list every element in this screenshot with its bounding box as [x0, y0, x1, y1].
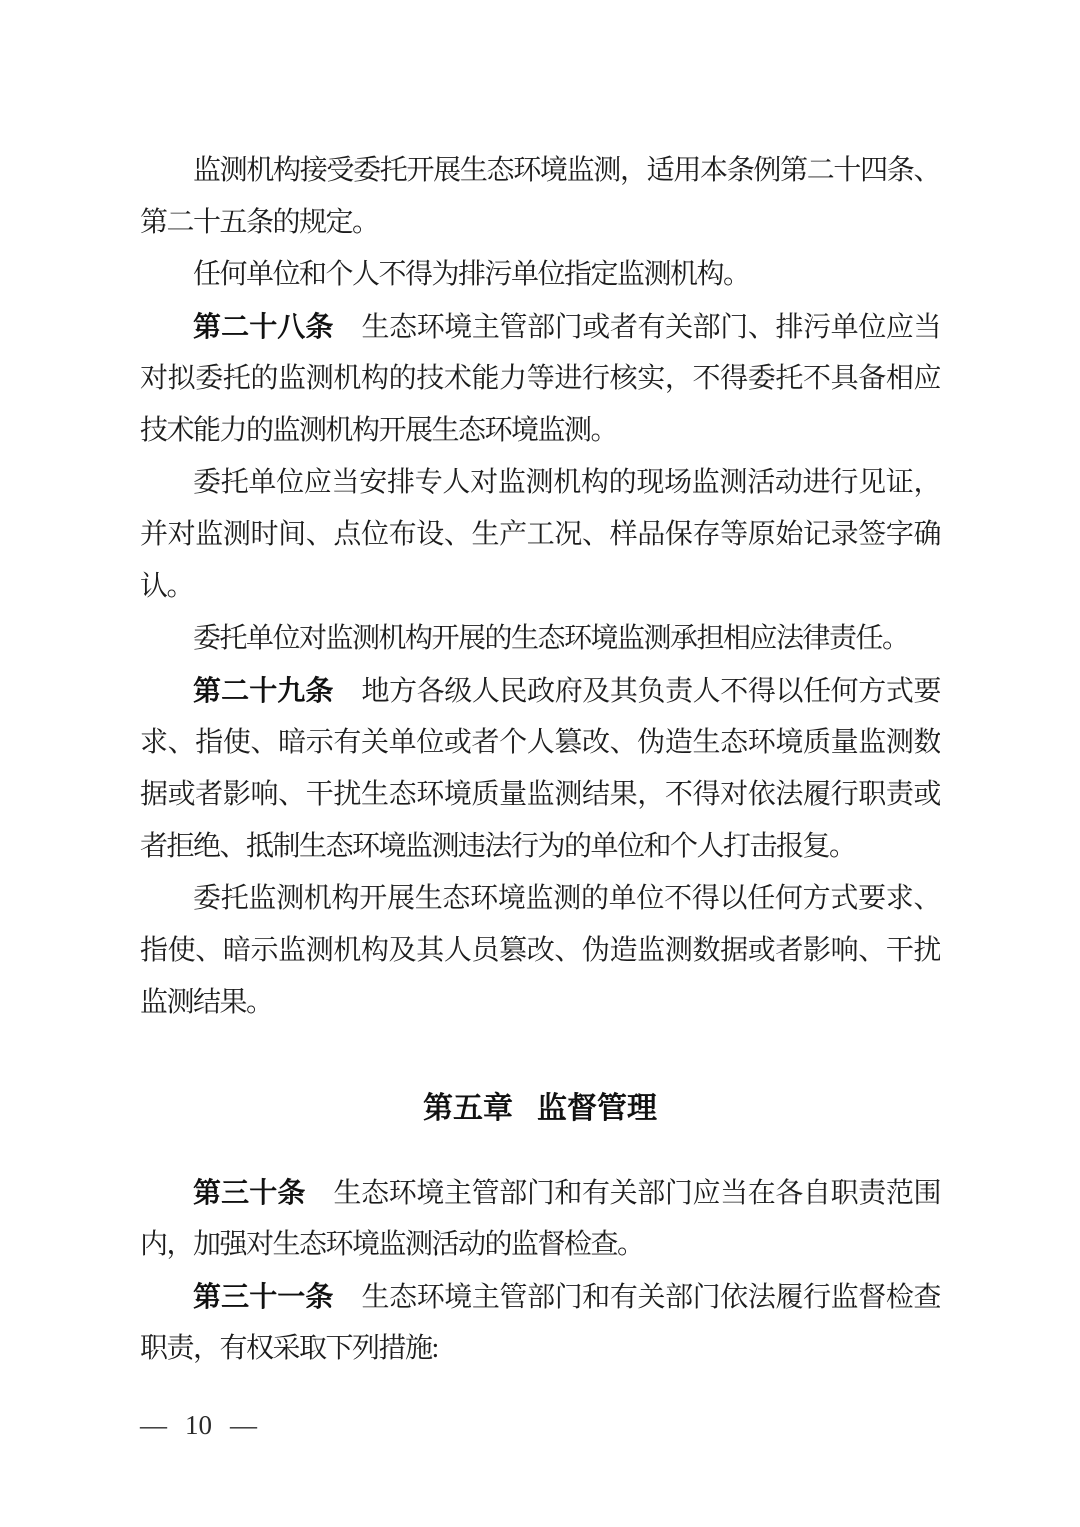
text-run: 者拒绝、抵制生态环境监测违法行为的单位和个人打击报复。	[140, 831, 856, 862]
text-run: 职责，有权采取下列措施:	[140, 1333, 438, 1364]
page-footer: — 10 —	[140, 1399, 257, 1451]
article-number: 第三十一条	[193, 1281, 334, 1312]
article-number: 第三十条	[193, 1177, 305, 1208]
text-line: 第三十一条生态环境主管部门和有关部门依法履行监督检查	[140, 1271, 940, 1323]
text-run: 委托监测机构开展生态环境监测的单位不得以任何方式要求、	[193, 883, 940, 914]
text-line: 对拟委托的监测机构的技术能力等进行核实，不得委托不具备相应	[140, 353, 940, 405]
text-run: 任何单位和个人不得为排污单位指定监测机构。	[193, 259, 750, 290]
text-run: 生态环境主管部门或者有关部门、排污单位应当	[362, 312, 940, 343]
paragraph: 监测机构接受委托开展生态环境监测，适用本条例第二十四条、第二十五条的规定。	[140, 145, 940, 249]
document-page: 监测机构接受委托开展生态环境监测，适用本条例第二十四条、第二十五条的规定。任何单…	[0, 0, 1080, 1527]
page-number: 10	[185, 1399, 212, 1451]
paragraph: 第二十九条地方各级人民政府及其负责人不得以任何方式要求、指使、暗示有关单位或者个…	[140, 665, 940, 873]
text-line: 委托监测机构开展生态环境监测的单位不得以任何方式要求、	[140, 873, 940, 925]
text-line: 第二十八条生态环境主管部门或者有关部门、排污单位应当	[140, 301, 940, 353]
text-run: 生态环境主管部门和有关部门应当在各自职责范围	[333, 1178, 940, 1209]
paragraph: 任何单位和个人不得为排污单位指定监测机构。	[140, 249, 940, 301]
paragraph: 委托单位应当安排专人对监测机构的现场监测活动进行见证，并对监测时间、点位布设、生…	[140, 457, 940, 613]
text-run: 对拟委托的监测机构的技术能力等进行核实，不得委托不具备相应	[140, 363, 940, 394]
text-line: 第三十条生态环境主管部门和有关部门应当在各自职责范围	[140, 1167, 940, 1219]
text-run: 监测结果。	[140, 987, 273, 1018]
article-number: 第二十八条	[193, 311, 334, 342]
text-run: 求、指使、暗示有关单位或者个人篡改、伪造生态环境质量监测数	[140, 727, 940, 758]
paragraph: 第二十八条生态环境主管部门或者有关部门、排污单位应当对拟委托的监测机构的技术能力…	[140, 301, 940, 457]
text-line: 据或者影响、干扰生态环境质量监测结果，不得对依法履行职责或	[140, 769, 940, 821]
text-line: 求、指使、暗示有关单位或者个人篡改、伪造生态环境质量监测数	[140, 717, 940, 769]
footer-dash-right: —	[230, 1399, 257, 1451]
text-line: 监测结果。	[140, 977, 940, 1029]
chapter-heading: 第五章监督管理	[140, 1083, 940, 1135]
footer-dash-left: —	[140, 1399, 167, 1451]
document-content: 监测机构接受委托开展生态环境监测，适用本条例第二十四条、第二十五条的规定。任何单…	[140, 145, 940, 1375]
text-run: 指使、暗示监测机构及其人员篡改、伪造监测数据或者影响、干扰	[140, 935, 940, 966]
text-line: 委托单位对监测机构开展的生态环境监测承担相应法律责任。	[140, 613, 940, 665]
text-line: 监测机构接受委托开展生态环境监测，适用本条例第二十四条、	[140, 145, 940, 197]
text-line: 并对监测时间、点位布设、生产工况、样品保存等原始记录签字确	[140, 509, 940, 561]
text-line: 任何单位和个人不得为排污单位指定监测机构。	[140, 249, 940, 301]
text-line: 者拒绝、抵制生态环境监测违法行为的单位和个人打击报复。	[140, 821, 940, 873]
text-line: 技术能力的监测机构开展生态环境监测。	[140, 405, 940, 457]
paragraph: 第三十条生态环境主管部门和有关部门应当在各自职责范围内，加强对生态环境监测活动的…	[140, 1167, 940, 1271]
text-line: 指使、暗示监测机构及其人员篡改、伪造监测数据或者影响、干扰	[140, 925, 940, 977]
chapter-heading-text: 监督管理	[537, 1092, 657, 1125]
paragraph: 委托单位对监测机构开展的生态环境监测承担相应法律责任。	[140, 613, 940, 665]
text-run: 监测机构接受委托开展生态环境监测，适用本条例第二十四条、	[193, 155, 940, 186]
text-run: 并对监测时间、点位布设、生产工况、样品保存等原始记录签字确	[140, 519, 940, 550]
text-line: 职责，有权采取下列措施:	[140, 1323, 940, 1375]
text-run: 认。	[140, 571, 193, 602]
text-run: 据或者影响、干扰生态环境质量监测结果，不得对依法履行职责或	[140, 779, 940, 810]
article-number: 第二十九条	[193, 675, 334, 706]
text-run: 技术能力的监测机构开展生态环境监测。	[140, 415, 617, 446]
paragraph: 委托监测机构开展生态环境监测的单位不得以任何方式要求、指使、暗示监测机构及其人员…	[140, 873, 940, 1029]
paragraph: 第三十一条生态环境主管部门和有关部门依法履行监督检查职责，有权采取下列措施:	[140, 1271, 940, 1375]
text-run: 第二十五条的规定。	[140, 207, 379, 238]
text-run: 内，加强对生态环境监测活动的监督检查。	[140, 1229, 644, 1260]
text-run: 地方各级人民政府及其负责人不得以任何方式要	[362, 676, 940, 707]
text-run: 委托单位对监测机构开展的生态环境监测承担相应法律责任。	[193, 623, 909, 654]
text-line: 委托单位应当安排专人对监测机构的现场监测活动进行见证，	[140, 457, 940, 509]
text-run: 生态环境主管部门和有关部门依法履行监督检查	[362, 1282, 940, 1313]
chapter-heading-text: 第五章	[423, 1092, 513, 1125]
text-line: 第二十五条的规定。	[140, 197, 940, 249]
text-line: 认。	[140, 561, 940, 613]
text-run: 委托单位应当安排专人对监测机构的现场监测活动进行见证，	[193, 467, 940, 498]
text-line: 内，加强对生态环境监测活动的监督检查。	[140, 1219, 940, 1271]
text-line: 第二十九条地方各级人民政府及其负责人不得以任何方式要	[140, 665, 940, 717]
